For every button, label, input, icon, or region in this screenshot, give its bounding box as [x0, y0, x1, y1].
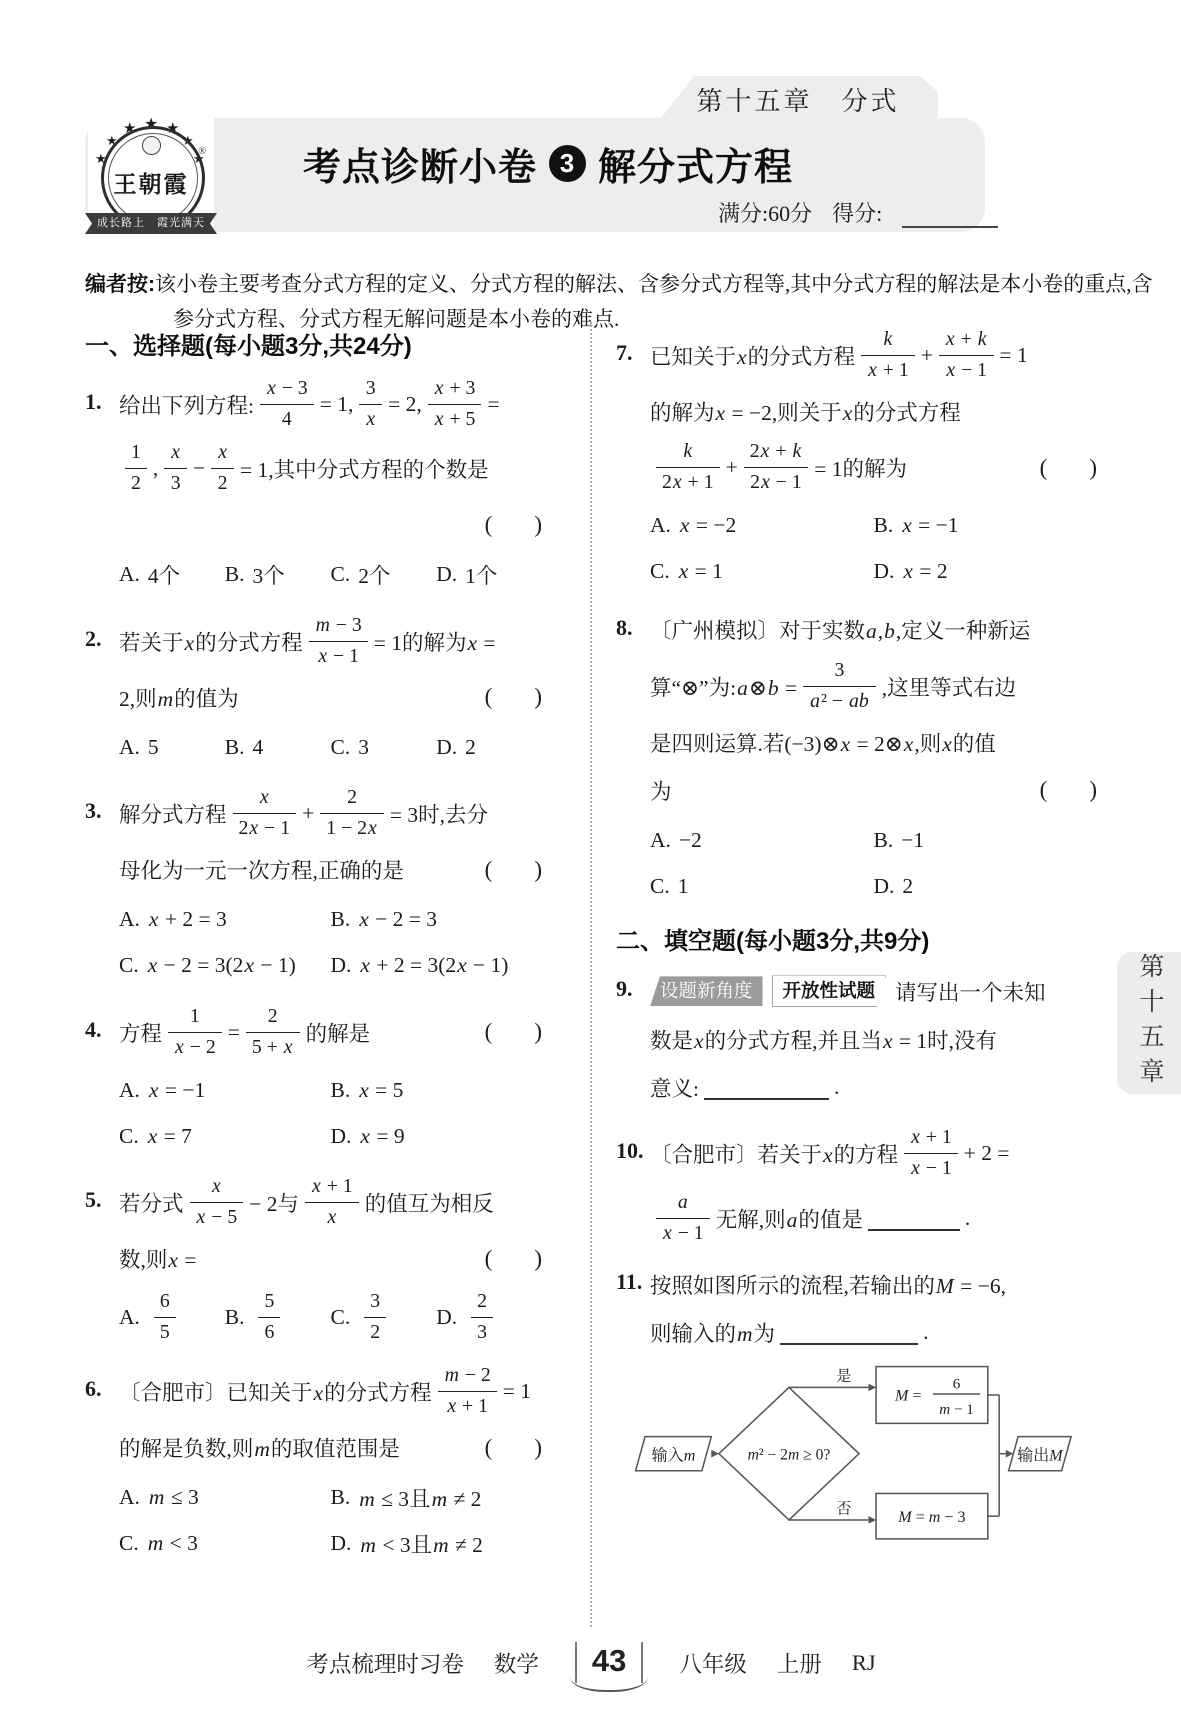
flow-output-label: 输出M [1017, 1447, 1064, 1465]
option-C: C.x − 2 = 3(2x − 1) [119, 943, 331, 989]
text-segment: 是四则运算.若(−3)⊗x = 2⊗x,则x的值 [650, 727, 996, 758]
text-segment: 按照如图所示的流程,若输出的M = −6, [650, 1269, 1006, 1300]
question-line: 12,x3−x2= 1,其中分式方程的个数是 [119, 437, 542, 499]
question-line-text: 〔广州模拟〕对于实数a,b,定义一种新运 [650, 614, 1097, 645]
fraction-denominator: 2x − 1 [233, 814, 297, 841]
fraction-denominator: x [305, 1203, 359, 1230]
question-number: 11. [616, 1269, 642, 1295]
footer-grade: 八年级 [679, 1647, 747, 1679]
question-line: 〔合肥市〕若关于x的方程x + 1x − 1+ 2 = [650, 1122, 1097, 1184]
text-segment: 1 [678, 874, 689, 899]
fraction-denominator: 5 + x [246, 1033, 300, 1060]
question-8: 8.〔广州模拟〕对于实数a,b,定义一种新运算“⊗”为:a⊗b =3a² − a… [616, 607, 1097, 909]
fraction: 32 [364, 1290, 386, 1344]
editor-note-label: 编者按: [85, 273, 155, 296]
option-label: C. [650, 874, 670, 899]
text-segment: = 1 [503, 1379, 531, 1404]
text-segment: 算“⊗”为:a⊗b = [650, 671, 797, 702]
fraction: 21 − 2x [320, 786, 384, 840]
text-segment: 3个 [252, 559, 284, 590]
answer-paren: () [485, 684, 542, 710]
option-label: A. [119, 1485, 140, 1510]
text-segment: − 2与 [249, 1187, 299, 1218]
text-segment: − [193, 456, 205, 481]
option-label: C. [650, 559, 670, 584]
arrow-icon [868, 1384, 876, 1392]
fraction-denominator: 3 [164, 469, 187, 496]
fraction: ax − 1 [656, 1191, 710, 1245]
text-segment: 2 [465, 735, 476, 760]
page-number: 43 [575, 1642, 643, 1683]
fraction-denominator: 6 [258, 1318, 280, 1345]
question-6: 6.〔合肥市〕已知关于x的分式方程m − 2x + 1= 1的解是负数,则m的取… [85, 1360, 542, 1566]
fraction: 56 [258, 1290, 280, 1344]
option-D: D.x + 2 = 3(2x − 1) [331, 943, 543, 989]
text-segment: 3 [358, 735, 369, 760]
option-D: D.x = 9 [331, 1113, 543, 1159]
question-10: 10.〔合肥市〕若关于x的方程x + 1x − 1+ 2 =ax − 1无解,则… [616, 1122, 1097, 1249]
question-line-text: 〔合肥市〕若关于x的方程x + 1x − 1+ 2 = [650, 1122, 1097, 1184]
question-line: 数,则x =() [119, 1236, 542, 1282]
text-segment: 4个 [148, 559, 180, 590]
question-number: 2. [85, 626, 102, 652]
question-1: 1.给出下列方程:x − 34= 1,3x= 2,x + 3x + 5=12,x… [85, 373, 542, 598]
fraction-denominator: 1 − 2x [320, 814, 384, 841]
option-C: C.32 [331, 1286, 437, 1348]
text-segment: + [302, 801, 314, 826]
text-segment: 无解,则a的值是 [716, 1203, 863, 1234]
question-line: 设题新角度开放性试题请写出一个未知 [650, 968, 1097, 1014]
text-segment: 数,则x = [119, 1243, 196, 1274]
option-label: B. [225, 735, 245, 760]
question-line: 2,则m的值为() [119, 674, 542, 720]
text-segment: 〔广州模拟〕对于实数a,b,定义一种新运 [650, 614, 1030, 645]
question-line-text: 12,x3−x2= 1,其中分式方程的个数是 [119, 437, 542, 499]
fraction-numerator: 3 [803, 659, 876, 687]
score-line: 满分:60分 得分: [718, 197, 998, 228]
text-segment: = 1 [1000, 343, 1028, 368]
option-label: D. [331, 1124, 352, 1149]
flow-yes-label: 是 [836, 1368, 851, 1385]
footer-volume: 上册 [777, 1647, 822, 1679]
text-segment: 5 [148, 735, 159, 760]
option-C: C.x = 1 [650, 549, 874, 595]
option-label: B. [225, 562, 245, 587]
option-D: D.m < 3且m ≠ 2 [331, 1521, 543, 1567]
fraction: x2x − 1 [233, 786, 297, 840]
option-A: A.x = −2 [650, 503, 874, 549]
fraction-numerator: k [656, 440, 720, 468]
option-A: A.−2 [650, 817, 874, 863]
text-segment: 2个 [358, 559, 390, 590]
fraction: xx − 5 [190, 1175, 244, 1229]
question-number: 9. [616, 976, 633, 1002]
option-D: D.1个 [436, 552, 542, 598]
text-segment: x = 9 [359, 1124, 404, 1149]
fraction-numerator: 3 [364, 1290, 386, 1318]
option-A: A.x + 2 = 3 [119, 897, 331, 943]
option-label: D. [436, 735, 457, 760]
page-footer: 考点梳理时习卷 数学 43 八年级 上册 RJ [85, 1642, 1097, 1683]
fraction-numerator: x + 1 [305, 1175, 359, 1203]
option-label: D. [874, 874, 895, 899]
option-label: D. [436, 562, 457, 587]
fraction: x + 3x + 5 [428, 377, 482, 431]
text-segment: x = 7 [147, 1124, 192, 1149]
fraction: x2 [211, 441, 234, 495]
text-segment: . [965, 1206, 970, 1231]
question-badge: 开放性试题 [772, 975, 887, 1007]
logo-brand: 王朝霞 [88, 166, 214, 199]
text-segment: 为 [650, 775, 672, 806]
title-name: 解分式方程 [598, 136, 793, 191]
question-line-text: 是四则运算.若(−3)⊗x = 2⊗x,则x的值 [650, 727, 1097, 758]
fraction-denominator: x [359, 405, 382, 432]
page-title: 考点诊断小卷 3 解分式方程 [303, 136, 793, 191]
column-right: 7.已知关于x的分式方程kx + 1+x + kx − 1= 1的解为x = −… [590, 322, 1097, 1627]
question-line: 为() [650, 767, 1097, 813]
question-line: 解分式方程x2x − 1+21 − 2x= 3时,去分 [119, 782, 542, 844]
fraction-numerator: k [861, 328, 915, 356]
answer-paren: () [1040, 777, 1097, 803]
flow-no-label: 否 [836, 1501, 851, 1518]
answer-paren: () [485, 1435, 542, 1461]
question-line: ax − 1无解,则a的值是. [650, 1187, 1097, 1249]
option-label: A. [119, 735, 140, 760]
flow-yes-pre: M = [894, 1388, 922, 1405]
option-label: C. [331, 735, 351, 760]
side-chapter-tab: 第十五章 [1117, 952, 1181, 1094]
fraction: 2x + k2x − 1 [744, 440, 808, 494]
option-A: A.x = −1 [119, 1067, 331, 1113]
fraction-numerator: 2x + k [744, 440, 808, 468]
text-segment: 的解为x = −2,则关于x的分式方程 [650, 396, 961, 427]
fraction-numerator: 1 [125, 441, 147, 469]
options-grid: A.x = −2B.x = −1C.x = 1D.x = 2 [650, 503, 1097, 595]
question-line-text: 解分式方程x2x − 1+21 − 2x= 3时,去分 [119, 782, 542, 844]
text-segment: 已知关于x的分式方程 [650, 340, 855, 371]
option-D: D.23 [436, 1286, 542, 1348]
question-11: 11.按照如图所示的流程,若输出的M = −6,则输入的m为. 输入m m² −… [616, 1261, 1097, 1548]
fraction-numerator: x + 1 [904, 1126, 958, 1154]
section-title: 二、填空题(每小题3分,共9分) [616, 921, 1097, 956]
text-segment: m ≤ 3 [148, 1485, 199, 1510]
question-line: () [119, 502, 542, 548]
option-label: A. [119, 562, 140, 587]
text-segment: x − 2 = 3(2x − 1) [147, 953, 296, 978]
answer-paren: () [485, 512, 542, 538]
option-label: C. [331, 1305, 351, 1330]
options-grid: A.65B.56C.32D.23 [119, 1286, 542, 1348]
fraction: 12 [125, 441, 147, 495]
option-A: A.4个 [119, 552, 225, 598]
answer-blank [868, 1205, 960, 1231]
question-line-text: 给出下列方程:x − 34= 1,3x= 2,x + 3x + 5= [119, 373, 542, 435]
option-A: A.m ≤ 3 [119, 1475, 331, 1521]
fraction-numerator: x [233, 786, 297, 814]
text-segment: m ≤ 3且m ≠ 2 [358, 1482, 481, 1513]
option-label: A. [650, 828, 671, 853]
question-line: 则输入的m为. [650, 1309, 1097, 1355]
answer-paren: () [1040, 455, 1097, 481]
answer-paren: () [485, 1246, 542, 1272]
text-segment: 若分式 [119, 1187, 184, 1218]
option-label: B. [874, 828, 894, 853]
answer-blank [780, 1320, 918, 1346]
options-grid: A.m ≤ 3B.m ≤ 3且m ≠ 2C.m < 3D.m < 3且m ≠ 2 [119, 1475, 542, 1567]
fraction-denominator: 2x − 1 [744, 468, 808, 495]
fraction: 23 [471, 1290, 493, 1344]
text-segment: 意义: [650, 1072, 699, 1103]
option-C: C.2个 [331, 552, 437, 598]
fraction-numerator: m − 3 [309, 614, 368, 642]
option-label: B. [225, 1305, 245, 1330]
fraction: x + 1x − 1 [904, 1126, 958, 1180]
option-C: C.1 [650, 863, 874, 909]
text-segment: x = 5 [358, 1078, 403, 1103]
question-line-text: 若关于x的分式方程m − 3x − 1= 1的解为x = [119, 610, 542, 672]
question-7: 7.已知关于x的分式方程kx + 1+x + kx − 1= 1的解为x = −… [616, 324, 1097, 595]
option-C: C.x = 7 [119, 1113, 331, 1159]
option-D: D.2 [436, 724, 542, 770]
text-segment: = [228, 1020, 240, 1045]
question-number: 5. [85, 1187, 102, 1213]
text-segment: x = −1 [148, 1078, 205, 1103]
full-score-label: 满分:60分 [718, 197, 812, 228]
question-line: 已知关于x的分式方程kx + 1+x + kx − 1= 1 [650, 324, 1097, 386]
flow-input-label: 输入m [652, 1447, 696, 1465]
option-label: B. [331, 1485, 351, 1510]
question-line: 若分式xx − 5− 2与x + 1x的值互为相反 [119, 1171, 542, 1233]
footer-subject: 数学 [494, 1647, 539, 1679]
question-number: 1. [85, 389, 102, 415]
fraction: x − 34 [260, 377, 314, 431]
section-title: 一、选择题(每小题3分,共24分) [85, 326, 542, 361]
flowchart: 输入m m² − 2m ≥ 0? 是 否 M = 6 m − 1 M = m −… [628, 1359, 1073, 1548]
option-B: B.m ≤ 3且m ≠ 2 [331, 1475, 543, 1521]
text-segment: 的值互为相反 [365, 1187, 494, 1218]
fraction-denominator: x − 5 [190, 1203, 244, 1230]
question-line-text: k2x + 1+2x + k2x − 1= 1的解为 [650, 436, 1032, 498]
fraction-denominator: a² − ab [803, 687, 876, 714]
options-grid: A.x + 2 = 3B.x − 2 = 3C.x − 2 = 3(2x − 1… [119, 897, 542, 989]
text-segment: = 3时,去分 [390, 798, 488, 829]
option-B: B.56 [225, 1286, 331, 1348]
question-2: 2.若关于x的分式方程m − 3x − 1= 1的解为x =2,则m的值为()A… [85, 610, 542, 770]
question-badge: 设题新角度 [650, 976, 763, 1006]
text-segment: m < 3且m ≠ 2 [359, 1528, 483, 1559]
fraction: 1x − 2 [168, 1005, 222, 1059]
fraction-denominator: 2 [125, 469, 147, 496]
text-segment: + [726, 455, 738, 480]
option-B: B.4 [225, 724, 331, 770]
question-line-text: 数是x的分式方程,并且当x = 1时,没有 [650, 1024, 1097, 1055]
fraction-numerator: x + k [939, 328, 994, 356]
option-D: D.2 [874, 863, 1098, 909]
fraction-denominator: x − 1 [939, 356, 994, 383]
text-segment: x = −1 [901, 513, 958, 538]
option-label: D. [331, 953, 352, 978]
question-line-text: 的解是负数,则m的取值范围是 [119, 1432, 477, 1463]
fraction: 3x [359, 377, 382, 431]
fraction-numerator: 3 [359, 377, 382, 405]
question-line: 给出下列方程:x − 34= 1,3x= 2,x + 3x + 5= [119, 373, 542, 435]
question-number: 8. [616, 615, 633, 641]
question-line: 〔广州模拟〕对于实数a,b,定义一种新运 [650, 607, 1097, 653]
fraction: kx + 1 [861, 328, 915, 382]
question-number: 4. [85, 1017, 102, 1043]
fraction-numerator: 2 [320, 786, 384, 814]
option-D: D.x = 2 [874, 549, 1098, 595]
option-label: B. [874, 513, 894, 538]
title-prefix: 考点诊断小卷 [303, 136, 537, 191]
options-grid: A.5B.4C.3D.2 [119, 724, 542, 770]
question-line-text: 设题新角度开放性试题请写出一个未知 [650, 975, 1097, 1007]
question-line-text: 按照如图所示的流程,若输出的M = −6, [650, 1269, 1097, 1300]
footer-edition: RJ [852, 1650, 876, 1676]
text-segment: x + 2 = 3 [148, 907, 227, 932]
option-label: D. [331, 1531, 352, 1556]
option-B: B.x − 2 = 3 [331, 897, 543, 943]
question-4: 4.方程1x − 2=25 + x的解是()A.x = −1B.x = 5C.x… [85, 1001, 542, 1159]
option-label: A. [119, 1305, 140, 1330]
arrow-icon [711, 1450, 719, 1458]
fraction-denominator: 3 [471, 1318, 493, 1345]
flow-yes-den: m − 1 [939, 1402, 974, 1418]
score-blank [902, 203, 998, 228]
question-line-text: 则输入的m为. [650, 1317, 1097, 1348]
text-segment: 请写出一个未知 [895, 976, 1046, 1007]
fraction-numerator: a [656, 1191, 710, 1219]
fraction: x + 1x [305, 1175, 359, 1229]
fraction-numerator: m − 2 [438, 1364, 497, 1392]
registered-mark: ® [198, 146, 206, 157]
got-score-label: 得分: [832, 197, 882, 228]
fraction: 3a² − ab [803, 659, 876, 713]
question-line-text: 〔合肥市〕已知关于x的分式方程m − 2x + 1= 1 [119, 1360, 542, 1422]
text-segment: x = 1 [678, 559, 723, 584]
text-segment: . [923, 1320, 928, 1345]
text-segment: 母化为一元一次方程,正确的是 [119, 854, 404, 885]
text-segment: 4 [252, 735, 263, 760]
text-segment: . [834, 1075, 839, 1100]
text-segment: 〔合肥市〕若关于x的方程 [650, 1138, 898, 1169]
text-segment: = [487, 392, 499, 417]
text-segment: = 2, [388, 392, 422, 417]
question-line: 按照如图所示的流程,若输出的M = −6, [650, 1261, 1097, 1307]
text-segment: = 1的解为 [814, 452, 907, 483]
option-label: A. [650, 513, 671, 538]
question-line-text: 若分式xx − 5− 2与x + 1x的值互为相反 [119, 1171, 542, 1233]
fraction-denominator: x − 1 [904, 1154, 958, 1181]
option-label: B. [331, 1078, 351, 1103]
fraction-numerator: x [164, 441, 187, 469]
text-segment: 2 [902, 874, 913, 899]
fraction-denominator: x + 1 [438, 1392, 497, 1419]
flow-yes-num: 6 [953, 1377, 961, 1393]
question-line: 若关于x的分式方程m − 3x − 1= 1的解为x = [119, 610, 542, 672]
fraction-denominator: x − 1 [656, 1219, 710, 1246]
text-segment: + [921, 343, 933, 368]
question-number: 7. [616, 340, 633, 366]
fraction: 65 [154, 1290, 176, 1344]
text-segment: x + 2 = 3(2x − 1) [359, 953, 508, 978]
question-line-text: 的解为x = −2,则关于x的分式方程 [650, 396, 1097, 427]
text-segment: 给出下列方程: [119, 389, 254, 420]
question-line-text: ax − 1无解,则a的值是. [650, 1187, 1097, 1249]
option-B: B.−1 [874, 817, 1098, 863]
question-line-text: 意义:. [650, 1072, 1097, 1103]
text-segment: x = 2 [902, 559, 947, 584]
flow-no-formula: M = m − 3 [897, 1509, 965, 1526]
column-left: 一、选择题(每小题3分,共24分)1.给出下列方程:x − 34= 1,3x= … [85, 322, 542, 1627]
text-segment: 〔合肥市〕已知关于x的分式方程 [119, 1376, 432, 1407]
question-line-text: 数,则x = [119, 1243, 477, 1274]
question-line-text: 为 [650, 775, 1032, 806]
question-9: 9.设题新角度开放性试题请写出一个未知数是x的分式方程,并且当x = 1时,没有… [616, 968, 1097, 1110]
worksheet-page: 第十五章 分式 ® 王朝霞 成长路上 霞光满天 考点诊断小卷 3 解分式方程 满… [0, 0, 1181, 1730]
option-A: A.65 [119, 1286, 225, 1348]
option-label: A. [119, 907, 140, 932]
text-segment: 的解是负数,则m的取值范围是 [119, 1432, 400, 1463]
question-line: 算“⊗”为:a⊗b =3a² − ab,这里等式右边 [650, 655, 1097, 717]
flow-condition-label: m² − 2m ≥ 0? [748, 1447, 831, 1464]
portrait-icon [142, 136, 161, 155]
option-B: B.x = 5 [331, 1067, 543, 1113]
question-line: 的解为x = −2,则关于x的分式方程 [650, 388, 1097, 434]
options-grid: A.x = −1B.x = 5C.x = 7D.x = 9 [119, 1067, 542, 1159]
text-segment: x = −2 [679, 513, 736, 538]
footer-series: 考点梳理时习卷 [306, 1647, 464, 1679]
question-line: 数是x的分式方程,并且当x = 1时,没有 [650, 1016, 1097, 1062]
text-segment: 则输入的m为 [650, 1317, 775, 1348]
question-columns: 一、选择题(每小题3分,共24分)1.给出下列方程:x − 34= 1,3x= … [85, 322, 1097, 1627]
fraction: k2x + 1 [656, 440, 720, 494]
question-line-text: 2,则m的值为 [119, 682, 477, 713]
fraction-numerator: 1 [168, 1005, 222, 1033]
fraction: x3 [164, 441, 187, 495]
option-label: D. [436, 1305, 457, 1330]
text-segment: 数是x的分式方程,并且当x = 1时,没有 [650, 1024, 997, 1055]
answer-paren: () [485, 857, 542, 883]
question-line: 方程1x − 2=25 + x的解是() [119, 1001, 542, 1063]
text-segment: −1 [901, 828, 924, 853]
question-number: 3. [85, 798, 102, 824]
text-segment: 1个 [465, 559, 497, 590]
option-C: C.m < 3 [119, 1521, 331, 1567]
option-label: C. [331, 562, 351, 587]
question-5: 5.若分式xx − 5− 2与x + 1x的值互为相反数,则x =()A.65B… [85, 1171, 542, 1348]
text-segment: 方程 [119, 1017, 162, 1048]
chapter-tab: 第十五章 分式 [658, 76, 938, 122]
option-label: C. [119, 1124, 139, 1149]
question-line-text: 母化为一元一次方程,正确的是 [119, 854, 477, 885]
question-line: k2x + 1+2x + k2x − 1= 1的解为() [650, 436, 1097, 498]
fraction-denominator: 4 [260, 405, 314, 432]
text-segment: 2,则m的值为 [119, 682, 239, 713]
question-line: 意义:. [650, 1064, 1097, 1110]
text-segment: , [153, 456, 158, 481]
fraction-denominator: 2x + 1 [656, 468, 720, 495]
fraction: m − 3x − 1 [309, 614, 368, 668]
fraction-numerator: x − 3 [260, 377, 314, 405]
fraction-denominator: x − 1 [309, 642, 368, 669]
fraction-denominator: 5 [154, 1318, 176, 1345]
text-segment: = 1,其中分式方程的个数是 [240, 453, 489, 484]
text-segment: m < 3 [147, 1531, 198, 1556]
question-line: 母化为一元一次方程,正确的是() [119, 847, 542, 893]
question-number: 6. [85, 1376, 102, 1402]
